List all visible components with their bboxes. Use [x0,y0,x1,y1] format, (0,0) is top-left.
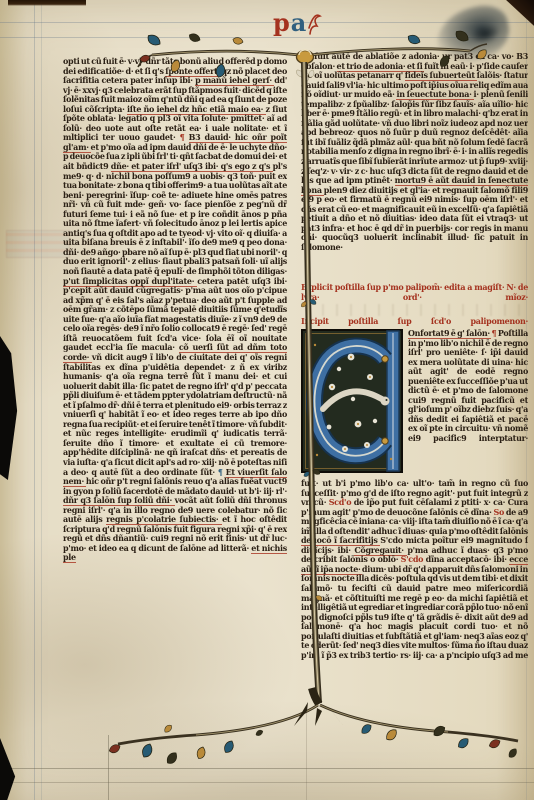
ruling-line-bottom-1 [0,768,534,769]
ivy-leaf [453,28,470,44]
right-column-intro: nõ fuit autē de ablatiõe z adonia· ur pa… [301,52,528,281]
title-flourish-icon [307,10,323,36]
ivy-leaf [195,746,207,761]
right-text-column: nõ fuit autē de ablatiõe z adonia· ur pa… [301,52,528,708]
photo-background-top [8,0,86,6]
running-title: pa [273,10,323,36]
ivy-leaf [255,729,264,737]
margin-stamp [6,230,70,258]
illuminated-initial-C [301,329,403,473]
ruling-line-gutter [306,712,307,800]
ivy-leaf [145,32,162,48]
right-column-after: fuit· ut b'i p'mo lib'o ca· ult'o· tam̃ … [301,479,528,707]
ivy-leaf [188,32,202,44]
parchment-page: pa opti ut cũ fuit ē· v·vj· dñr tãto bon… [0,0,534,800]
ivy-leaf [108,743,122,754]
photo-background-corner [504,0,534,27]
ruling-line-left-2 [41,0,42,800]
ivy-leaf [384,728,399,743]
ivy-leaf [507,747,519,759]
incipit-rubric: Incipit poſtilla ſup ſcd'o palipomenon· [301,317,528,327]
thorn-spur [315,708,322,726]
ivy-leaf [431,724,446,738]
ivy-leaf [222,739,236,754]
initial-beside-text: Onfortat9 ē g' ſalōn· ¶ Poſtilla in p'mo… [408,329,528,443]
ruling-line-bottom-2 [0,782,534,783]
ruling-line-top-1 [0,22,534,23]
ivy-leaf [488,738,502,749]
ruling-line-top-2 [0,37,534,38]
ruling-line-bottom-v [108,735,109,800]
left-text-column: opti ut cũ fuit ē· v·vj· dñr tãto bonũ a… [63,57,287,707]
ivy-leaf [165,751,180,766]
ivy-leaf [359,723,373,736]
show-through [301,304,528,316]
running-title-letters: pa [273,10,307,36]
ruling-line-left-1 [34,0,35,800]
ivy-leaf [406,33,421,47]
ivy-leaf [456,736,471,750]
explicit-rubric: Explicit poſtilla ſup p'mo palipom̃· edi… [301,283,528,303]
ivy-leaf [140,742,155,759]
manuscript-photo: pa opti ut cũ fuit ē· v·vj· dñr tãto bon… [0,0,534,800]
book-edge-shadow [0,336,18,480]
photo-background-bottom-left [0,738,18,800]
ivy-leaf [163,723,174,733]
bottom-branch [118,702,518,744]
ivy-leaf [232,36,244,46]
initial-paragraph: C Onfortat9 ē g' ſalōn· ¶ Poſtilla in p'… [301,329,528,477]
